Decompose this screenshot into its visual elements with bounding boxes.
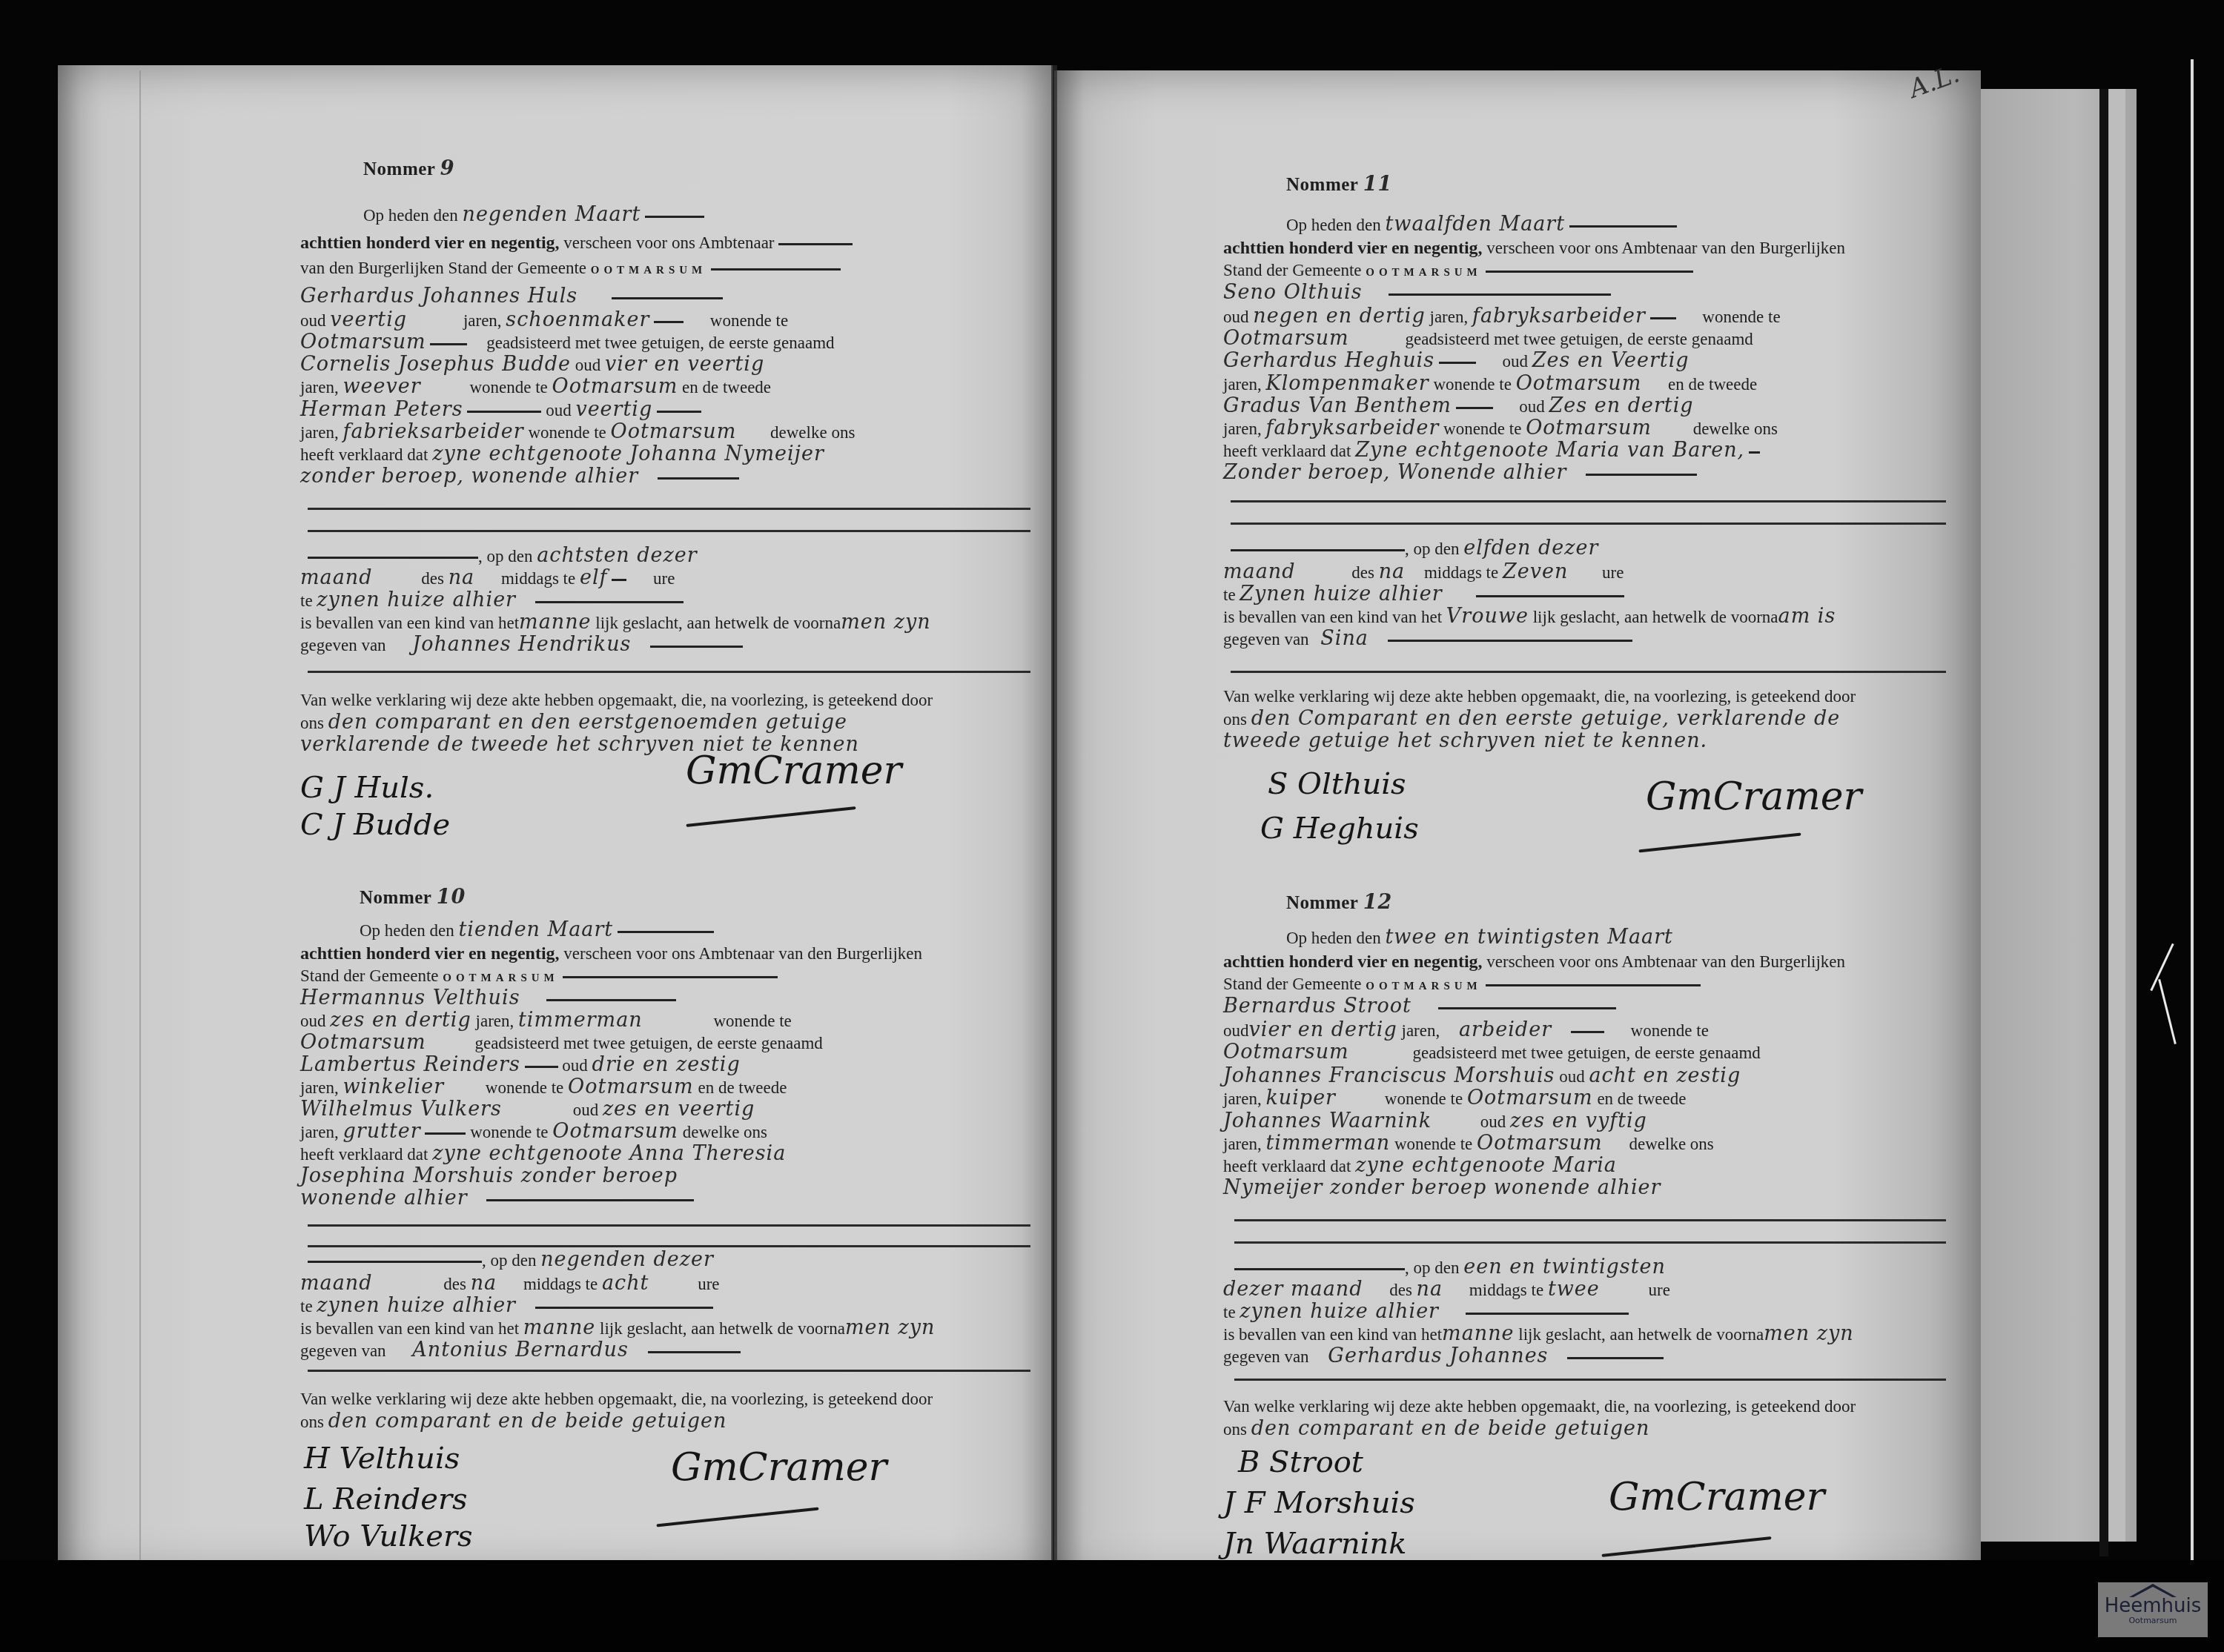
form-line: Zonder beroep, Wonende alhier (1223, 458, 1697, 488)
form-line: gegeven van Johannes Hendrikus (300, 630, 743, 660)
record-number: 10 (437, 886, 466, 909)
record-date: negenden Maart (463, 203, 641, 226)
child-name: Sina (1320, 627, 1369, 650)
registrar-signature: GmCramer (671, 1445, 887, 1490)
signature: G Heghuis (1260, 812, 1419, 846)
form-line: zonder beroep, wonende alhier (300, 462, 739, 491)
form-line: van den Burgerlijken Stand der Gemeente … (300, 253, 841, 283)
form-line: ons den comparant en de beide getuigen (300, 1407, 727, 1436)
record-number-label: Nommer 12 (1286, 891, 1392, 914)
declarant-name: Gerhardus Johannes Huls (300, 285, 577, 308)
registrar-signature: GmCramer (1609, 1475, 1824, 1519)
form-line: ons den comparant en de beide getuigen (1223, 1414, 1649, 1444)
registrar-signature: GmCramer (686, 749, 901, 793)
signature: G J Huls. (300, 771, 434, 805)
child-name: Johannes Hendrikus (412, 633, 631, 656)
signature: S Olthuis (1268, 767, 1406, 801)
form-line: gegeven van Antonius Bernardus (300, 1336, 741, 1365)
page-edge-line (2099, 89, 2108, 1556)
signature: C J Budde (300, 808, 450, 842)
signature: L Reinders (304, 1482, 468, 1516)
child-name: Antonius Bernardus (412, 1338, 629, 1361)
form-line: wonende alhier (300, 1184, 694, 1213)
form-line: gegeven van Gerhardus Johannes (1223, 1341, 1664, 1371)
form-line: gegeven van Sina (1223, 624, 1632, 654)
scan-bottom-shadow (0, 1560, 2224, 1652)
left-binding-edge (58, 70, 141, 1560)
record-number: 11 (1363, 173, 1393, 196)
house-roof-icon (2129, 1584, 2177, 1597)
book-spine-fold (1051, 65, 1057, 1585)
form-line: Op heden den negenden Maart (363, 200, 704, 230)
record-number-label: Nommer 9 (363, 157, 455, 180)
scan-border-line (2191, 59, 2194, 1652)
record-number: 12 (1363, 891, 1393, 914)
declarant-name: Seno Olthuis (1223, 281, 1363, 304)
page-edge-strip-outer (2109, 89, 2125, 1542)
record-date: twaalfden Maart (1386, 213, 1566, 236)
form-line: Nymeijer zonder beroep wonende alhier (1223, 1173, 1661, 1203)
signature: J F Morshuis (1223, 1486, 1415, 1520)
child-name: Gerhardus Johannes (1328, 1344, 1548, 1367)
record-number-label: Nommer 10 (360, 886, 466, 909)
signature: Wo Vulkers (304, 1519, 473, 1553)
declarant-name: Bernardus Stroot (1223, 995, 1411, 1018)
registrar-signature: GmCramer (1646, 774, 1861, 819)
form-line: tweede getuige het schryven niet te kenn… (1223, 726, 1707, 756)
signature: B Stroot (1238, 1445, 1363, 1479)
record-number-label: Nommer 11 (1286, 173, 1392, 196)
record-number: 9 (440, 157, 455, 180)
signature: Jn Waarnink (1223, 1527, 1407, 1561)
signature: H Velthuis (304, 1442, 460, 1476)
heemhuis-watermark-logo: Heemhuis Ootmarsum (2098, 1582, 2208, 1637)
record-date: tienden Maart (459, 918, 614, 941)
record-date: twee en twintigsten Maart (1386, 926, 1673, 949)
